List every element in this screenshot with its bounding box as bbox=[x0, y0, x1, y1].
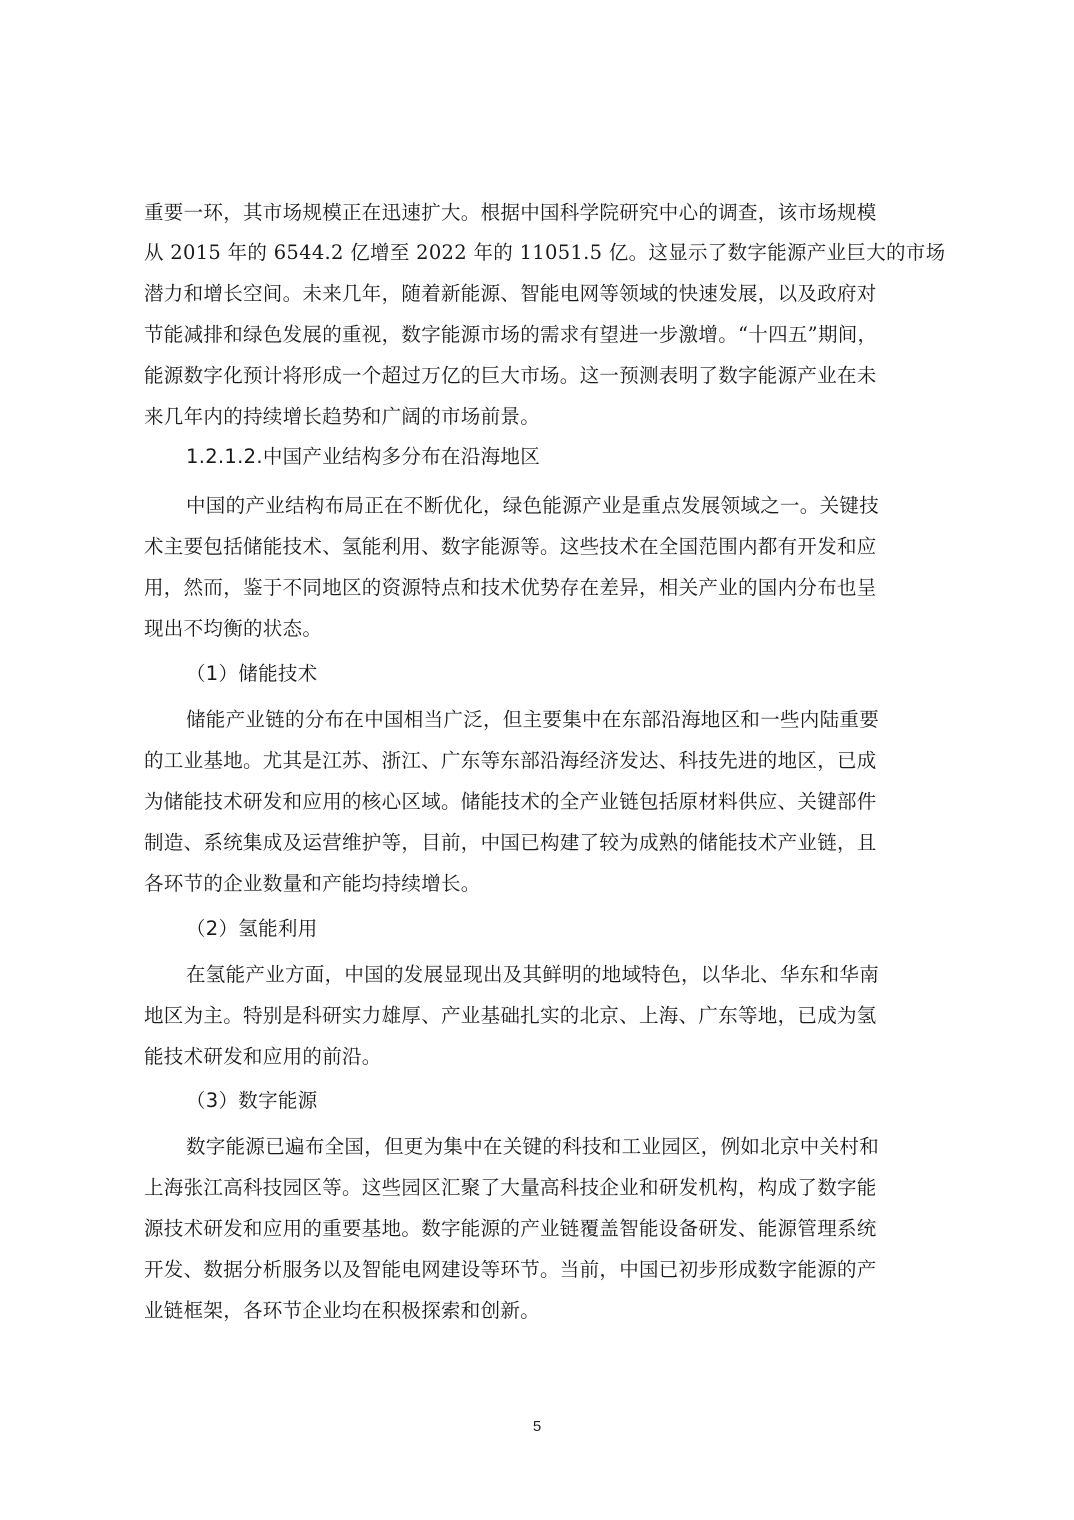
text-line: 制造、系统集成及运营维护等，目前，中国已构建了较为成熟的储能技术产业链，且 bbox=[144, 829, 944, 857]
text-line: 从 2015 年的 6544.2 亿增至 2022 年的 11051.5 亿。这… bbox=[144, 239, 944, 267]
text-line: 来几年内的持续增长趋势和广阔的市场前景。 bbox=[144, 403, 944, 431]
text-line: 现出不均衡的状态。 bbox=[144, 615, 944, 643]
text-line: 上海张江高科技园区等。这些园区汇聚了大量高科技企业和研发机构，构成了数字能 bbox=[144, 1174, 944, 1202]
text-line: 地区为主。特别是科研实力雄厚、产业基础扎实的北京、上海、广东等地，已成为氢 bbox=[144, 1002, 944, 1030]
text-line: 的工业基地。尤其是江苏、浙江、广东等东部沿海经济发达、科技先进的地区，已成 bbox=[144, 747, 944, 775]
text-line: 中国的产业结构布局正在不断优化，绿色能源产业是重点发展领域之一。关键技 bbox=[186, 492, 986, 520]
subheading-digital-energy: （3）数字能源 bbox=[186, 1087, 986, 1115]
text-line: 节能减排和绿色发展的重视，数字能源市场的需求有望进一步激增。“十四五”期间， bbox=[144, 321, 944, 349]
text-line: 储能产业链的分布在中国相当广泛，但主要集中在东部沿海地区和一些内陆重要 bbox=[186, 706, 986, 734]
text-line: 源技术研发和应用的重要基地。数字能源的产业链覆盖智能设备研发、能源管理系统 bbox=[144, 1215, 944, 1243]
subheading-hydrogen: （2）氢能利用 bbox=[186, 915, 986, 943]
text-line: 各环节的企业数量和产能均持续增长。 bbox=[144, 870, 944, 898]
text-line: 潜力和增长空间。未来几年，随着新能源、智能电网等领域的快速发展，以及政府对 bbox=[144, 280, 944, 308]
text-line: 用，然而，鉴于不同地区的资源特点和技术优势存在差异，相关产业的国内分布也呈 bbox=[144, 574, 944, 602]
text-line: 能技术研发和应用的前沿。 bbox=[144, 1043, 944, 1071]
text-line: 在氢能产业方面，中国的发展显现出及其鲜明的地域特色，以华北、华东和华南 bbox=[186, 961, 986, 989]
subheading-energy-storage: （1）储能技术 bbox=[186, 660, 986, 688]
text-line: 能源数字化预计将形成一个超过万亿的巨大市场。这一预测表明了数字能源产业在未 bbox=[144, 362, 944, 390]
text-line: 开发、数据分析服务以及智能电网建设等环节。当前，中国已初步形成数字能源的产 bbox=[144, 1256, 944, 1284]
text-line: 为储能技术研发和应用的核心区域。储能技术的全产业链包括原材料供应、关键部件 bbox=[144, 788, 944, 816]
text-line: 数字能源已遍布全国，但更为集中在关键的科技和工业园区，例如北京中关村和 bbox=[186, 1133, 986, 1161]
text-line: 术主要包括储能技术、氢能利用、数字能源等。这些技术在全国范围内都有开发和应 bbox=[144, 533, 944, 561]
text-line: 业链框架，各环节企业均在积极探索和创新。 bbox=[144, 1297, 944, 1325]
section-heading: 1.2.1.2.中国产业结构多分布在沿海地区 bbox=[186, 443, 986, 471]
page-number: 5 bbox=[0, 1418, 1074, 1435]
document-page: 重要一环，其市场规模正在迅速扩大。根据中国科学院研究中心的调查，该市场规模 从 … bbox=[0, 0, 1074, 1520]
text-line: 重要一环，其市场规模正在迅速扩大。根据中国科学院研究中心的调查，该市场规模 bbox=[144, 199, 944, 227]
